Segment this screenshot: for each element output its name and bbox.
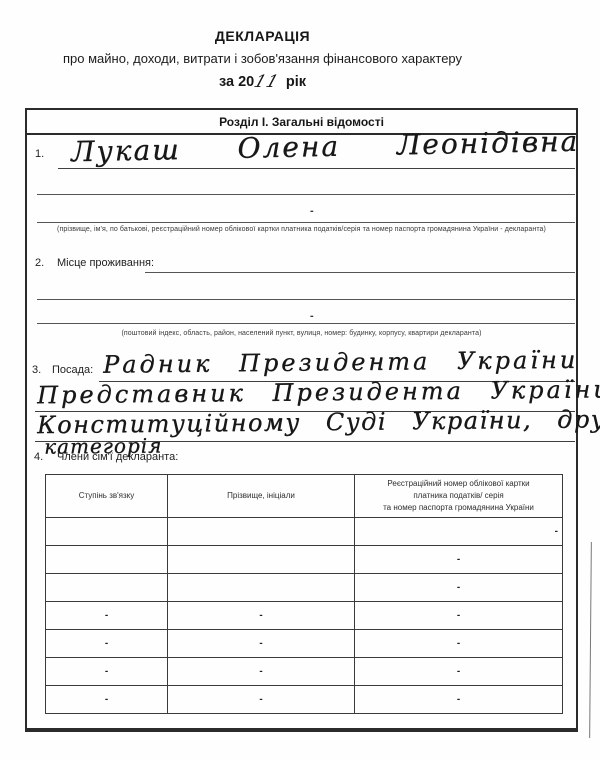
table-header-tax-number: Реєстраційний номер облікової картки пла… (355, 475, 563, 518)
table-cell (46, 546, 168, 574)
item-3-position-line-2: Представник Президента України у (37, 375, 600, 409)
table-row: - - - (46, 686, 563, 714)
item-3-number: 3. (32, 364, 41, 376)
year-suffix: рік (286, 74, 306, 90)
table-cell: - (355, 686, 563, 714)
table-cell (46, 574, 168, 602)
item-1-hint: (прізвище, ім'я, по батькові, реєстрацій… (27, 226, 576, 233)
year-handwritten-value: 11 (252, 72, 282, 92)
blank-field-line (145, 272, 575, 273)
blank-field-line (37, 299, 575, 300)
table-cell: - (46, 686, 168, 714)
item-2-number: 2. (35, 257, 44, 269)
table-cell: - (46, 658, 168, 686)
table-cell (168, 518, 355, 546)
year-line: за 2011рік (0, 71, 525, 91)
table-cell: - (168, 602, 355, 630)
item-4-number: 4. (34, 451, 43, 463)
item-3-label: Посада: (52, 364, 93, 376)
table-cell: - (355, 630, 563, 658)
item-1-number: 1. (35, 148, 44, 160)
table-cell: - (355, 602, 563, 630)
stray-dash-mark: - (310, 313, 314, 319)
blank-field-line (58, 168, 575, 169)
table-cell: - (355, 518, 563, 546)
blank-field-line (37, 323, 575, 324)
table-row: - (46, 546, 563, 574)
year-prefix: за 20 (219, 74, 254, 90)
table-row: - - - (46, 630, 563, 658)
table-row: - (46, 518, 563, 546)
table-cell: - (168, 686, 355, 714)
item-2-label: Місце проживання: (57, 257, 154, 269)
table-cell: - (355, 658, 563, 686)
stray-dash-mark: - (310, 208, 314, 214)
family-members-table: Ступінь зв'язку Прізвище, ініціали Реєст… (45, 474, 563, 714)
table-cell: - (355, 574, 563, 602)
table-header-row: Ступінь зв'язку Прізвище, ініціали Реєст… (46, 475, 563, 518)
item-3-position-line-1: Радник Президента України - (103, 345, 600, 378)
declaration-page: ДЕКЛАРАЦІЯ про майно, доходи, витрати і … (0, 0, 600, 760)
item-4-label: Члени сім'ї декларанта: (57, 451, 178, 463)
blank-field-line (37, 222, 575, 223)
table-row: - - - (46, 602, 563, 630)
table-header-surname: Прізвище, ініціали (168, 475, 355, 518)
table-cell: - (46, 630, 168, 658)
table-cell: - (355, 546, 563, 574)
table-cell (168, 574, 355, 602)
table-row: - (46, 574, 563, 602)
table-cell (168, 546, 355, 574)
table-cell: - (168, 630, 355, 658)
document-subtitle: про майно, доходи, витрати і зобов'язанн… (0, 51, 525, 66)
item-2-hint: (поштовий індекс, область, район, населе… (27, 330, 576, 337)
table-cell: - (46, 602, 168, 630)
table-cell (46, 518, 168, 546)
document-title: ДЕКЛАРАЦІЯ (0, 28, 525, 44)
table-cell: - (168, 658, 355, 686)
form-border-box: Розділ I. Загальні відомості 1. Лукаш Ол… (25, 108, 578, 732)
blank-field-line (37, 194, 575, 195)
table-row: - - - (46, 658, 563, 686)
table-header-relation: Ступінь зв'язку (46, 475, 168, 518)
scan-edge-artifact (589, 542, 592, 738)
